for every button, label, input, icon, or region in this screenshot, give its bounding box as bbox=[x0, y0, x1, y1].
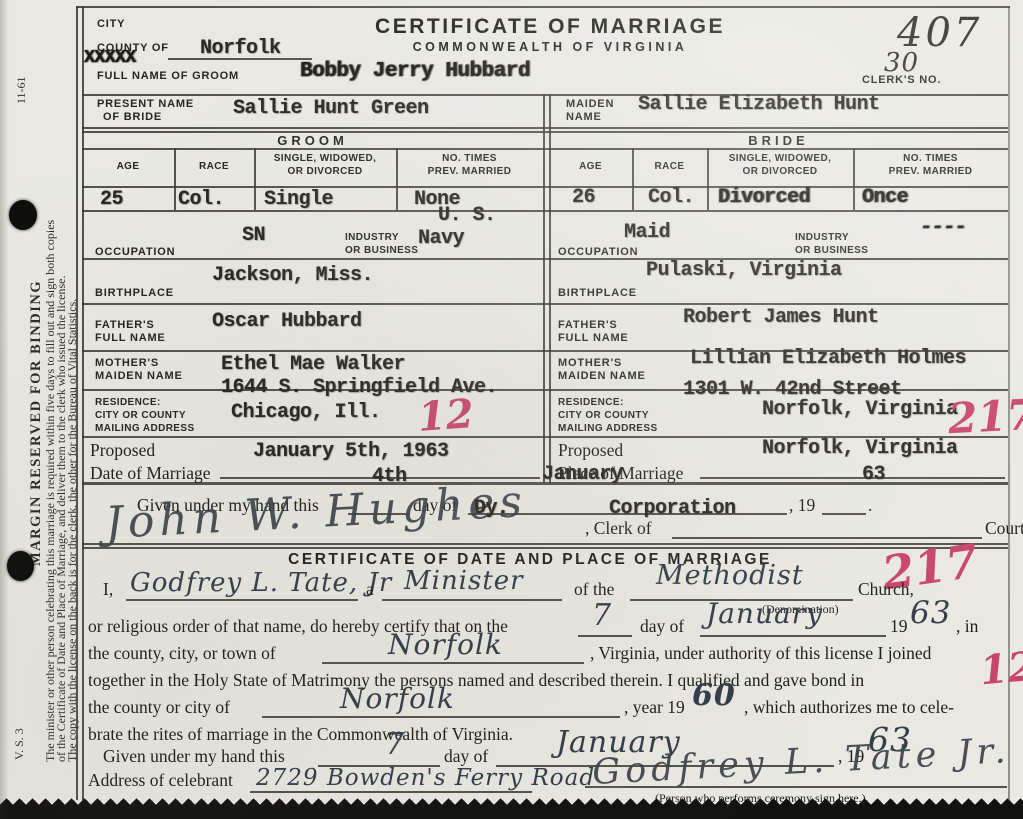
bride-status-header-2: OR DIVORCED bbox=[707, 166, 853, 177]
bride-father-label-1: FATHER'S bbox=[558, 319, 618, 331]
bride-race-value: Col. bbox=[648, 186, 694, 209]
form-rule bbox=[82, 543, 1008, 545]
cert-town-value: Norfolk bbox=[388, 628, 503, 661]
proposed-date-label-1: Proposed bbox=[90, 440, 155, 461]
bride-father-value: Robert James Hunt bbox=[683, 306, 879, 329]
bride-race-header: RACE bbox=[632, 161, 707, 172]
cert-line5c-text: , which authorizes me to cele- bbox=[744, 697, 954, 718]
groom-name-label: FULL NAME OF GROOM bbox=[97, 70, 239, 82]
cert-bond-place-value: Norfolk bbox=[340, 682, 455, 715]
groom-residence-label-3: MAILING ADDRESS bbox=[95, 423, 195, 434]
clerk-typed-month: January bbox=[542, 463, 623, 486]
celebrant-title-blank bbox=[382, 599, 562, 601]
clerk-typed-day: 4th bbox=[372, 465, 407, 488]
clerk-typed-court: Corporation bbox=[609, 497, 736, 520]
bride-times-header-1: NO. TIMES bbox=[853, 153, 1008, 164]
form-rule bbox=[82, 6, 84, 800]
cert-day-blank bbox=[578, 635, 632, 637]
groom-age-value: 25 bbox=[100, 188, 123, 211]
address-blank bbox=[250, 791, 532, 793]
proposed-date-label-2: Date of Marriage bbox=[90, 463, 211, 484]
cert-month-value: January bbox=[706, 597, 823, 630]
form-rule bbox=[82, 547, 1008, 549]
denomination-value: Methodist bbox=[656, 560, 804, 591]
clerk-period: . bbox=[868, 495, 872, 516]
bride-birthplace-label: BIRTHPLACE bbox=[558, 287, 637, 299]
scan-bottom-bar bbox=[0, 807, 1023, 819]
bride-mother-label-2: MAIDEN NAME bbox=[558, 370, 646, 382]
bride-city-value: Norfolk, Virginia bbox=[762, 398, 958, 421]
bride-times-header-2: PREV. MARRIED bbox=[853, 166, 1008, 177]
bride-status-header-1: SINGLE, WIDOWED, bbox=[707, 153, 853, 164]
proposed-place-label-1: Proposed bbox=[558, 440, 623, 461]
city-label: CITY bbox=[97, 18, 125, 30]
cert-month-blank bbox=[700, 635, 886, 637]
bride-times-value: Once bbox=[862, 186, 908, 209]
groom-industry-value-2: Navy bbox=[418, 227, 464, 250]
groom-industry-label-2: OR BUSINESS bbox=[345, 245, 418, 256]
form-rule bbox=[549, 94, 551, 483]
maiden-name-value: Sallie Elizabeth Hunt bbox=[638, 93, 880, 116]
form-subtitle: COMMONWEALTH OF VIRGINIA bbox=[330, 40, 770, 54]
cert-line5a-text: the county or city of bbox=[88, 697, 230, 718]
groom-birthplace-value: Jackson, Miss. bbox=[212, 264, 373, 287]
clerk-signature: John W. Hughes bbox=[104, 476, 528, 549]
groom-status-header-2: OR DIVORCED bbox=[254, 166, 396, 177]
groom-birthplace-label: BIRTHPLACE bbox=[95, 287, 174, 299]
groom-father-label-1: FATHER'S bbox=[95, 319, 155, 331]
groom-residence-label-2: CITY OR COUNTY bbox=[95, 410, 186, 421]
clerk-typed-deputy: Dy. bbox=[474, 497, 509, 520]
cert-day-of-label: day of bbox=[640, 616, 684, 637]
proposed-place-value: Norfolk, Virginia bbox=[762, 437, 958, 460]
bride-street-value: 1301 W. 42nd Street bbox=[683, 378, 902, 401]
cert-line4-text: together in the Holy State of Matrimony … bbox=[88, 670, 864, 691]
cert-line3b-text: , Virginia, under authority of this lice… bbox=[590, 643, 931, 664]
cert-line6-text: brate the rites of marriage in the Commo… bbox=[88, 724, 513, 745]
groom-mother-label-2: MAIDEN NAME bbox=[95, 370, 183, 382]
groom-age-header: AGE bbox=[82, 161, 174, 172]
groom-race-value: Col. bbox=[178, 188, 224, 211]
bride-present-value: Sallie Hunt Green bbox=[233, 97, 429, 120]
bride-occupation-label: OCCUPATION bbox=[558, 246, 638, 258]
bride-occupation-value: Maid bbox=[624, 221, 670, 244]
clerk-19-label: , 19 bbox=[789, 495, 815, 516]
bride-status-value: Divorced bbox=[718, 186, 810, 209]
form-rule bbox=[82, 127, 1008, 129]
groom-race-header: RACE bbox=[174, 161, 254, 172]
cert-19-label: 19 bbox=[890, 616, 908, 637]
marriage-certificate-scan: 11-61 V. S. 3 MARGIN RESERVED FOR BINDIN… bbox=[0, 0, 1023, 819]
celebrant-name-value: Godfrey L. Tate, Jr bbox=[130, 568, 392, 598]
proposed-place-underline bbox=[700, 477, 1005, 479]
bride-residence-label-3: MAILING ADDRESS bbox=[558, 423, 658, 434]
groom-father-value: Oscar Hubbard bbox=[212, 310, 362, 333]
form-code: 11-61 bbox=[14, 76, 29, 104]
clerk-typed-year: 63 bbox=[862, 463, 885, 486]
form-rule bbox=[76, 6, 1010, 8]
bride-section-header: BRIDE bbox=[549, 133, 1008, 148]
form-rule bbox=[82, 303, 1008, 305]
cert-year-value: 63 bbox=[910, 595, 951, 631]
form-rule bbox=[82, 258, 1008, 260]
cert-church-label: Church, bbox=[858, 579, 914, 600]
cert-of-the-label: of the bbox=[574, 579, 614, 600]
groom-street-value: 1644 S. Springfield Ave. bbox=[221, 376, 497, 399]
bride-birthplace-value: Pulaski, Virginia bbox=[646, 259, 842, 282]
groom-city-value: Chicago, Ill. bbox=[231, 401, 381, 424]
red-annotation-cert-side: 12 bbox=[978, 643, 1023, 695]
groom-status-header-1: SINGLE, WIDOWED, bbox=[254, 153, 396, 164]
form-rule bbox=[174, 148, 176, 210]
bride-residence-label-2: CITY OR COUNTY bbox=[558, 410, 649, 421]
city-strikeout: XXXXX bbox=[84, 48, 136, 68]
celebrant-name-blank bbox=[126, 599, 358, 601]
groom-occupation-value: SN bbox=[242, 224, 265, 247]
bride-residence-label-1: RESIDENCE: bbox=[558, 397, 624, 408]
form-rule bbox=[543, 94, 545, 483]
bride-industry-label-1: INDUSTRY bbox=[795, 232, 849, 243]
clerk-year-blank bbox=[822, 513, 866, 515]
groom-section-header: GROOM bbox=[82, 133, 543, 148]
groom-mother-label-1: MOTHER'S bbox=[95, 357, 159, 369]
bride-industry-label-2: OR BUSINESS bbox=[795, 245, 868, 256]
vs-code: V. S. 3 bbox=[12, 728, 27, 760]
groom-name-value: Bobby Jerry Hubbard bbox=[300, 60, 530, 83]
bride-mother-value: Lillian Elizabeth Holmes bbox=[690, 347, 966, 370]
bride-present-label-2: OF BRIDE bbox=[103, 111, 162, 123]
margin-instruction-line3: The copy with the license on the back is… bbox=[65, 299, 80, 762]
court-label: Court. bbox=[985, 518, 1023, 539]
cert-i-label: I, bbox=[103, 579, 113, 600]
bride-industry-value: ---- bbox=[920, 216, 966, 239]
groom-times-header-1: NO. TIMES bbox=[396, 153, 543, 164]
cert-day-of2-label: day of bbox=[444, 746, 488, 767]
address-value: 2729 Bowden's Ferry Road bbox=[256, 765, 595, 791]
clerk-of-label: , Clerk of bbox=[585, 518, 652, 539]
bride-present-label-1: PRESENT NAME bbox=[97, 98, 194, 110]
bride-age-header: AGE bbox=[549, 161, 632, 172]
county-value: Norfolk bbox=[200, 37, 281, 60]
hole-punch-top bbox=[9, 200, 37, 230]
bride-age-value: 26 bbox=[572, 186, 595, 209]
address-label: Address of celebrant bbox=[88, 770, 233, 791]
red-annotation-bride: 217 bbox=[947, 390, 1023, 444]
celebrant-title-value: Minister bbox=[404, 566, 524, 596]
groom-status-value: Single bbox=[264, 188, 333, 211]
form-rule bbox=[82, 148, 1008, 150]
cert-bond-place-blank bbox=[262, 716, 620, 718]
groom-industry-label-1: INDUSTRY bbox=[345, 232, 399, 243]
maiden-label-2: NAME bbox=[566, 111, 602, 123]
groom-residence-label-1: RESIDENCE: bbox=[95, 397, 161, 408]
groom-mother-value: Ethel Mae Walker bbox=[221, 353, 405, 376]
bride-father-label-2: FULL NAME bbox=[558, 332, 629, 344]
maiden-label-1: MAIDEN bbox=[566, 98, 614, 110]
cert-a-label: a bbox=[366, 579, 374, 600]
proposed-date-value: January 5th, 1963 bbox=[253, 440, 449, 463]
cert-day-value: 7 bbox=[592, 598, 612, 633]
cert-comma-in: , in bbox=[956, 616, 978, 637]
bride-mother-label-1: MOTHER'S bbox=[558, 357, 622, 369]
cert-given-text: Given under my hand this bbox=[103, 746, 285, 767]
cert-bond-year-value: 60 bbox=[692, 678, 736, 713]
form-rule bbox=[632, 148, 634, 210]
hole-punch-bottom bbox=[7, 551, 34, 581]
cert-line5b-text: , year 19 bbox=[624, 697, 685, 718]
cert-town-blank bbox=[322, 662, 584, 664]
form-rule bbox=[76, 6, 78, 800]
clerk-no-value: 30 bbox=[884, 48, 919, 78]
groom-industry-value-1: U. S. bbox=[438, 204, 496, 227]
cert-given-day-value: 7 bbox=[385, 727, 405, 762]
groom-father-label-2: FULL NAME bbox=[95, 332, 166, 344]
groom-occupation-label: OCCUPATION bbox=[95, 246, 175, 258]
cert-line3a-text: the county, city, or town of bbox=[88, 643, 276, 664]
groom-times-header-2: PREV. MARRIED bbox=[396, 166, 543, 177]
form-title: CERTIFICATE OF MARRIAGE bbox=[330, 15, 770, 39]
